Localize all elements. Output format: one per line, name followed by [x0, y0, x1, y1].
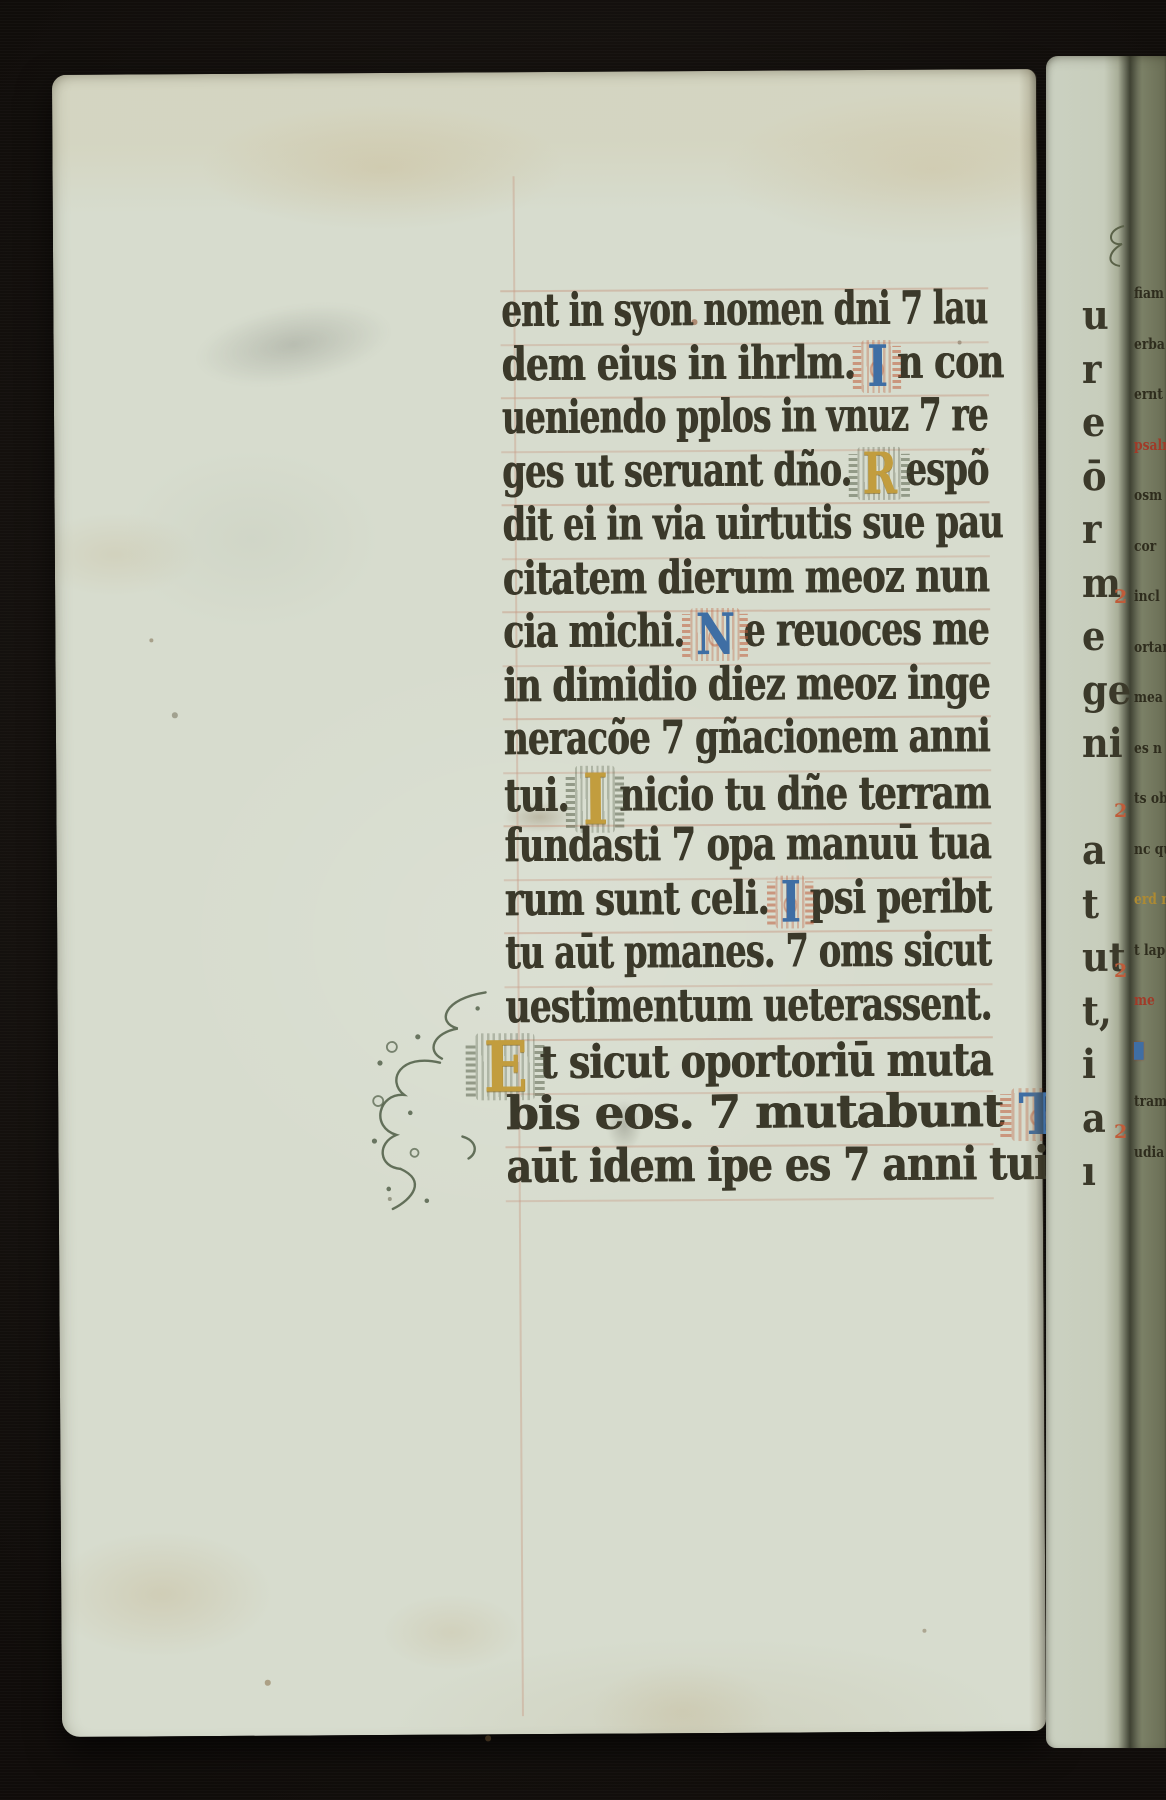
text-line-content: ges ut seruant dño.Respõ: [502, 442, 989, 502]
text-segment: bis eos. 7 mutabunt: [506, 1083, 1003, 1140]
sliver-edge-text: ernt: [1134, 385, 1163, 403]
sliver-edge-text: tram: [1134, 1092, 1166, 1110]
illuminated-initial: N: [690, 608, 739, 662]
sliver-edge-text: udia: [1134, 1143, 1164, 1161]
sliver-edge-text: █: [1134, 1042, 1143, 1060]
text-line-content: uestimentum ueterassent.: [505, 977, 991, 1033]
text-line-content: dit ei in via uirtutis sue pau: [503, 495, 1003, 551]
sliver-edge-text: mea n: [1134, 688, 1166, 706]
text-line-content: aūt idem ipe es 7 anni tui: [506, 1137, 1048, 1193]
sliver-line-start: t,: [1082, 990, 1112, 1034]
sliver-edge-text: osm: [1134, 486, 1162, 504]
text-segment: psi peribt: [810, 869, 992, 924]
sliver-line-start: r: [1082, 508, 1101, 552]
text-segment: cia michi.: [503, 603, 685, 658]
text-segment: espõ: [905, 441, 988, 496]
text-line: tui.Inicio tu dñe terram: [504, 762, 1137, 820]
text-segment: ges ut seruant dño.: [502, 442, 851, 498]
sliver-line-start: ni: [1082, 722, 1123, 766]
sliver-line-start: a: [1082, 829, 1106, 873]
sliver-edge-text: ts ob: [1134, 789, 1166, 807]
manuscript-page: ent in syon nomen dni 7 laudem eius in i…: [52, 69, 1046, 1737]
red-line-filler-mark: 2: [1114, 800, 1127, 822]
manuscript-photo: { "colors": { "background": "#18130f", "…: [0, 0, 1166, 1800]
sliver-edge-text: me: [1134, 991, 1155, 1009]
text-segment: tu aūt pmanes. 7 oms sicut: [505, 922, 991, 979]
text-segment: tui.: [504, 767, 569, 821]
text-segment: nicio tu dñe terram: [619, 765, 990, 821]
illuminated-initial: R: [857, 446, 901, 500]
text-line-content: in dimidio diez meoz inge: [504, 656, 990, 712]
sliver-edge-text: erd n: [1134, 890, 1166, 908]
text-segment: e reuoces me: [744, 601, 990, 656]
sliver-line-start: i: [1082, 1043, 1096, 1087]
text-line: Et sicut oportoriū muta: [469, 1030, 1107, 1088]
text-segment: ueniendo pplos in vnuz 7 re: [502, 387, 988, 444]
gray-smudge-stain: [189, 290, 399, 399]
marginal-flourish-icon: [366, 988, 523, 1213]
text-segment: neracõe 7 gñacionem anni: [504, 708, 990, 765]
ruling-lines: [52, 69, 1036, 75]
text-line-content: ueniendo pplos in vnuz 7 re: [502, 388, 988, 444]
sliver-flourish-icon: [1098, 224, 1132, 270]
sliver-line-start: e: [1082, 401, 1105, 445]
text-segment: n con: [897, 334, 1004, 389]
sliver-edge-text: es n: [1134, 739, 1162, 757]
text-segment: uestimentum ueterassent.: [505, 976, 991, 1033]
sliver-line-start: r: [1082, 348, 1101, 392]
sliver-edge-text: psalm: [1134, 436, 1166, 454]
ruling-line: [506, 1197, 994, 1202]
text-segment: citatem dierum meoz nun: [503, 548, 989, 605]
text-line-content: neracõe 7 gñacionem anni: [504, 709, 990, 765]
dirt-specks: [52, 75, 54, 77]
text-segment: t sicut oportoriū muta: [540, 1032, 993, 1089]
text-segment: in dimidio diez meoz inge: [504, 655, 990, 712]
text-line-content: tu aūt pmanes. 7 oms sicut: [505, 923, 991, 979]
sliver-line-start: e: [1082, 615, 1105, 659]
facing-page-sliver: ureōrmegeniatutt,iaı2222fiamerbaerntpsal…: [1046, 56, 1166, 1748]
text-block: ent in syon nomen dni 7 laudem eius in i…: [52, 69, 1036, 75]
text-segment: fundasti 7 opa manuū tua: [504, 815, 991, 872]
text-segment: rum sunt celi.: [505, 870, 769, 926]
text-segment: dit ei in via uirtutis sue pau: [503, 494, 1003, 551]
red-line-filler-mark: 2: [1114, 586, 1127, 608]
text-segment: dem eius in ihrlm.: [502, 335, 856, 391]
sliver-line-start: a: [1082, 1097, 1106, 1141]
sliver-line-start: u: [1082, 294, 1109, 338]
sliver-edge-text: incl: [1134, 587, 1160, 605]
red-line-filler-mark: 2: [1114, 960, 1127, 982]
red-line-filler-mark: 2: [1114, 1121, 1127, 1143]
sliver-line-start: ō: [1082, 455, 1107, 499]
text-line-content: bis eos. 7 mutabuntTu: [506, 1083, 1106, 1144]
text-line-content: dem eius in ihrlm.In con: [502, 335, 1004, 395]
text-line-content: fundasti 7 opa manuū tua: [504, 816, 991, 872]
sliver-edge-text: cor: [1134, 537, 1156, 555]
sliver-edge-text: erba: [1134, 335, 1165, 353]
text-line-content: cia michi.Ne reuoces me: [503, 602, 989, 662]
sliver-line-start: t: [1082, 883, 1099, 927]
text-line-content: rum sunt celi.Ipsi peribt: [505, 870, 992, 930]
text-line-content: ent in syon nomen dni 7 lau: [501, 281, 987, 337]
illuminated-initial: I: [775, 875, 806, 928]
text-segment: aūt idem ipe es 7 anni tui: [506, 1136, 1048, 1193]
text-segment: ent in syon nomen dni 7 lau: [501, 280, 987, 337]
text-line-content: citatem dierum meoz nun: [503, 549, 989, 605]
sliver-line-start: ı: [1082, 1150, 1096, 1194]
sliver-edge-text: t lape: [1134, 941, 1166, 959]
sliver-edge-text: ortam: [1134, 638, 1166, 656]
sliver-edge-text: nc qu: [1134, 840, 1166, 858]
sliver-line-start: ge: [1082, 669, 1131, 713]
sliver-edge-text: fiam: [1134, 284, 1164, 302]
illuminated-initial: I: [862, 339, 893, 392]
text-line: bis eos. 7 mutabuntTu: [506, 1083, 1100, 1141]
